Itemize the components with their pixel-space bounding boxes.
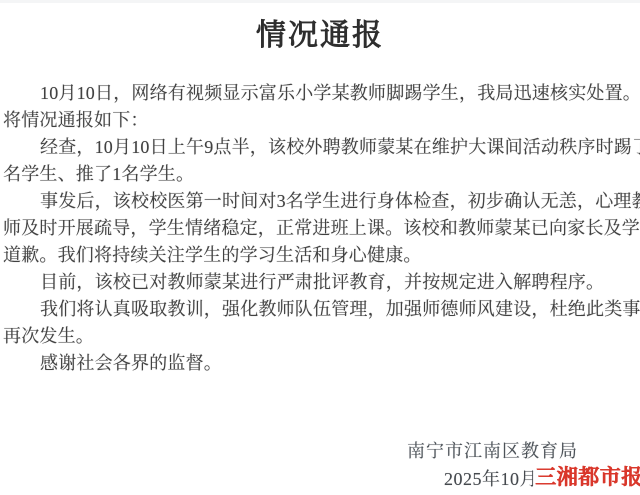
body-line: 经查，10月10日上午9点半，该校外聘教师蒙某在维护大课间活动秩序时踢了2 — [3, 134, 640, 161]
notice-body: 10月10日，网络有视频显示富乐小学某教师脚踢学生，我局迅速核实处置。现 将情况… — [3, 80, 640, 377]
body-line: 感谢社会各界的监督。 — [3, 350, 640, 377]
body-line: 事发后，该校校医第一时间对3名学生进行身体检查，初步确认无恙，心理教 — [3, 188, 640, 215]
photo-edge-strip — [0, 0, 640, 3]
body-line: 道歉。我们将持续关注学生的学习生活和身心健康。 — [3, 242, 640, 269]
issue-date: 2025年10月 — [444, 468, 538, 490]
body-line: 再次发生。 — [3, 323, 640, 350]
body-line: 我们将认真吸取教训，强化教师队伍管理，加强师德师风建设，杜绝此类事件 — [3, 296, 640, 323]
notice-photo: { "page": { "title": "情况通报", "body_lines… — [0, 0, 640, 495]
issuing-authority: 南宁市江南区教育局 — [407, 441, 578, 461]
notice-title: 情况通报 — [0, 10, 640, 54]
body-line: 名学生、推了1名学生。 — [3, 161, 640, 188]
body-line: 10月10日，网络有视频显示富乐小学某教师脚踢学生，我局迅速核实处置。现 — [3, 80, 640, 107]
body-line: 师及时开展疏导，学生情绪稳定，正常进班上课。该校和教师蒙某已向家长及学生 — [3, 215, 640, 242]
body-line: 将情况通报如下： — [3, 107, 640, 134]
body-line: 目前，该校已对教师蒙某进行严肃批评教育，并按规定进入解聘程序。 — [3, 269, 640, 296]
news-outlet-watermark: 三湘都市报 — [533, 464, 640, 491]
signature-block: 南宁市江南区教育局 — [0, 440, 578, 462]
